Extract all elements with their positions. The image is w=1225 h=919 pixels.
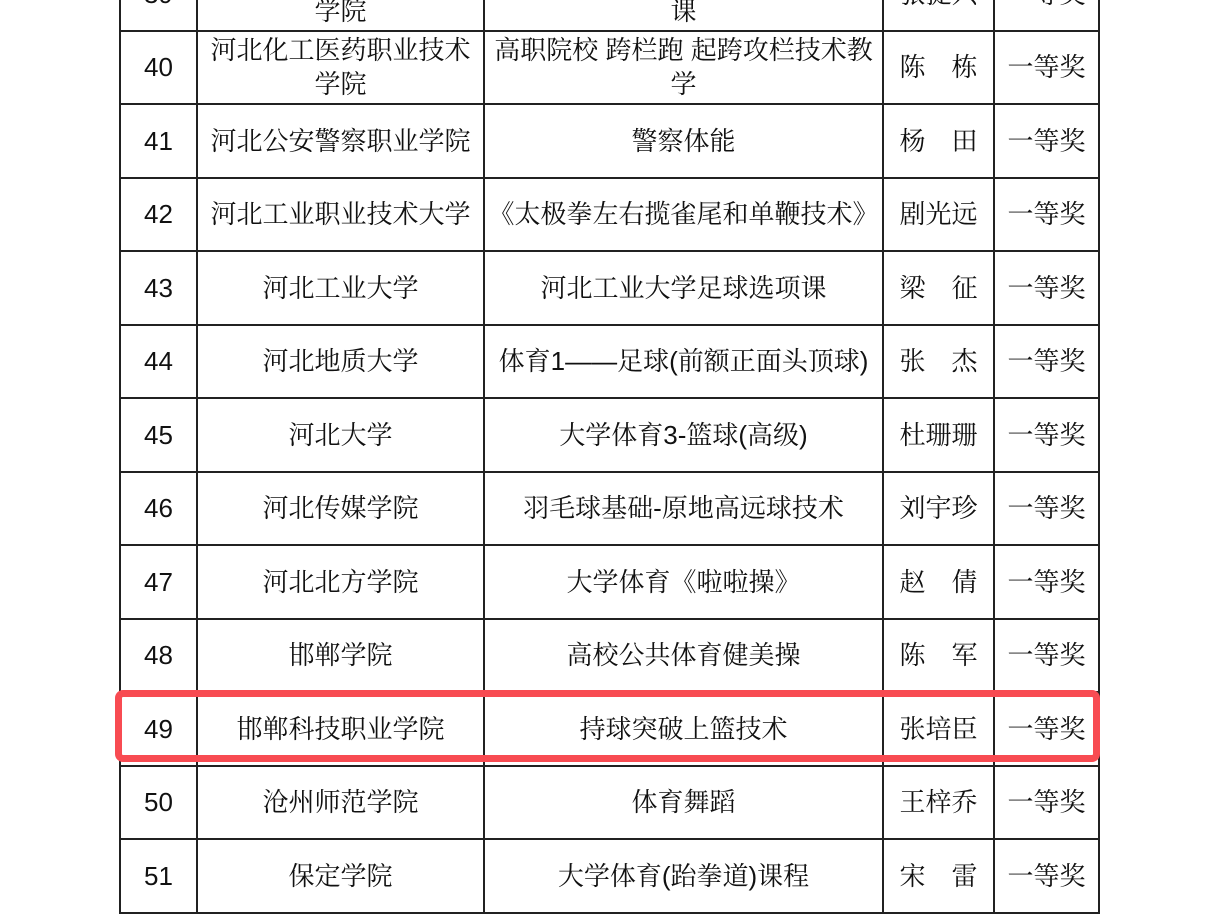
school-cell: 学院	[197, 0, 484, 31]
teacher-cell: 刘宇珍	[883, 472, 994, 546]
teacher-cell: 赵 倩	[883, 545, 994, 619]
row-number-cell: 48	[120, 619, 197, 693]
table-row-highlighted: 49 邯郸科技职业学院 持球突破上篮技术 张培臣 一等奖	[120, 692, 1099, 766]
course-cell: 高职院校 跨栏跑 起跨攻栏技术教 学	[484, 31, 883, 105]
school-cell: 河北公安警察职业学院	[197, 104, 484, 178]
school-cell: 河北工业大学	[197, 251, 484, 325]
award-cell: 一等奖	[994, 251, 1099, 325]
award-cell: 一等奖	[994, 325, 1099, 399]
award-cell: 一等奖	[994, 398, 1099, 472]
row-number-cell: 41	[120, 104, 197, 178]
course-cell: 高校公共体育健美操	[484, 619, 883, 693]
school-cell: 河北大学	[197, 398, 484, 472]
teacher-cell: 宋 雷	[883, 839, 994, 913]
table-row: 47 河北北方学院 大学体育《啦啦操》 赵 倩 一等奖	[120, 545, 1099, 619]
award-cell: 一等奖	[994, 178, 1099, 252]
row-number-cell: 47	[120, 545, 197, 619]
school-cell: 河北传媒学院	[197, 472, 484, 546]
school-cell: 河北工业职业技术大学	[197, 178, 484, 252]
table-row: 45 河北大学 大学体育3-篮球(高级) 杜珊珊 一等奖	[120, 398, 1099, 472]
teacher-cell: 陈 栋	[883, 31, 994, 105]
school-cell: 河北化工医药职业技术 学院	[197, 31, 484, 105]
course-cell: 大学体育(跆拳道)课程	[484, 839, 883, 913]
award-cell: 一等奖	[994, 472, 1099, 546]
school-cell: 河北北方学院	[197, 545, 484, 619]
table-row: 51 保定学院 大学体育(跆拳道)课程 宋 雷 一等奖	[120, 839, 1099, 913]
teacher-cell: 剧光远	[883, 178, 994, 252]
table-row: 42 河北工业职业技术大学 《太极拳左右揽雀尾和单鞭技术》 剧光远 一等奖	[120, 178, 1099, 252]
course-cell: 课	[484, 0, 883, 31]
row-number-cell: 39	[120, 0, 197, 31]
school-cell: 邯郸学院	[197, 619, 484, 693]
row-number-cell: 51	[120, 839, 197, 913]
table-row: 41 河北公安警察职业学院 警察体能 杨 田 一等奖	[120, 104, 1099, 178]
award-cell: 一等奖	[994, 0, 1099, 31]
course-cell: 羽毛球基础-原地高远球技术	[484, 472, 883, 546]
course-cell: 持球突破上篮技术	[484, 692, 883, 766]
table-row: 43 河北工业大学 河北工业大学足球选项课 梁 征 一等奖	[120, 251, 1099, 325]
table-row: 44 河北地质大学 体育1——足球(前额正面头顶球) 张 杰 一等奖	[120, 325, 1099, 399]
row-number-cell: 40	[120, 31, 197, 105]
school-cell: 沧州师范学院	[197, 766, 484, 840]
school-cell: 河北地质大学	[197, 325, 484, 399]
teacher-cell: 张培臣	[883, 692, 994, 766]
table-row: 50 沧州师范学院 体育舞蹈 王梓乔 一等奖	[120, 766, 1099, 840]
teacher-cell: 杜珊珊	[883, 398, 994, 472]
course-cell: 《太极拳左右揽雀尾和单鞭技术》	[484, 178, 883, 252]
row-number-cell: 49	[120, 692, 197, 766]
award-cell: 一等奖	[994, 104, 1099, 178]
teacher-cell: 张捷兴	[883, 0, 994, 31]
teacher-cell: 张 杰	[883, 325, 994, 399]
row-number-cell: 43	[120, 251, 197, 325]
results-table: 39 学院 课 张捷兴 一等奖 40 河北化工医药职业技术 学院 高职院校 跨栏…	[119, 0, 1100, 914]
course-cell: 警察体能	[484, 104, 883, 178]
award-cell: 一等奖	[994, 619, 1099, 693]
table-row: 48 邯郸学院 高校公共体育健美操 陈 军 一等奖	[120, 619, 1099, 693]
award-cell: 一等奖	[994, 766, 1099, 840]
course-cell: 河北工业大学足球选项课	[484, 251, 883, 325]
award-cell: 一等奖	[994, 692, 1099, 766]
award-cell: 一等奖	[994, 839, 1099, 913]
row-number-cell: 45	[120, 398, 197, 472]
row-number-cell: 42	[120, 178, 197, 252]
school-cell: 邯郸科技职业学院	[197, 692, 484, 766]
results-table-container: 39 学院 课 张捷兴 一等奖 40 河北化工医药职业技术 学院 高职院校 跨栏…	[119, 0, 1100, 914]
page: { "page": { "background": "#ffffff", "aw…	[0, 0, 1225, 919]
course-cell: 体育1——足球(前额正面头顶球)	[484, 325, 883, 399]
award-cell: 一等奖	[994, 545, 1099, 619]
teacher-cell: 王梓乔	[883, 766, 994, 840]
course-cell: 体育舞蹈	[484, 766, 883, 840]
school-cell: 保定学院	[197, 839, 484, 913]
row-number-cell: 46	[120, 472, 197, 546]
course-cell: 大学体育《啦啦操》	[484, 545, 883, 619]
award-cell: 一等奖	[994, 31, 1099, 105]
row-number-cell: 44	[120, 325, 197, 399]
table-row: 40 河北化工医药职业技术 学院 高职院校 跨栏跑 起跨攻栏技术教 学 陈 栋 …	[120, 31, 1099, 105]
teacher-cell: 陈 军	[883, 619, 994, 693]
row-number-cell: 50	[120, 766, 197, 840]
table-row-partial: 39 学院 课 张捷兴 一等奖	[120, 0, 1099, 31]
course-cell: 大学体育3-篮球(高级)	[484, 398, 883, 472]
teacher-cell: 杨 田	[883, 104, 994, 178]
table-row: 46 河北传媒学院 羽毛球基础-原地高远球技术 刘宇珍 一等奖	[120, 472, 1099, 546]
teacher-cell: 梁 征	[883, 251, 994, 325]
